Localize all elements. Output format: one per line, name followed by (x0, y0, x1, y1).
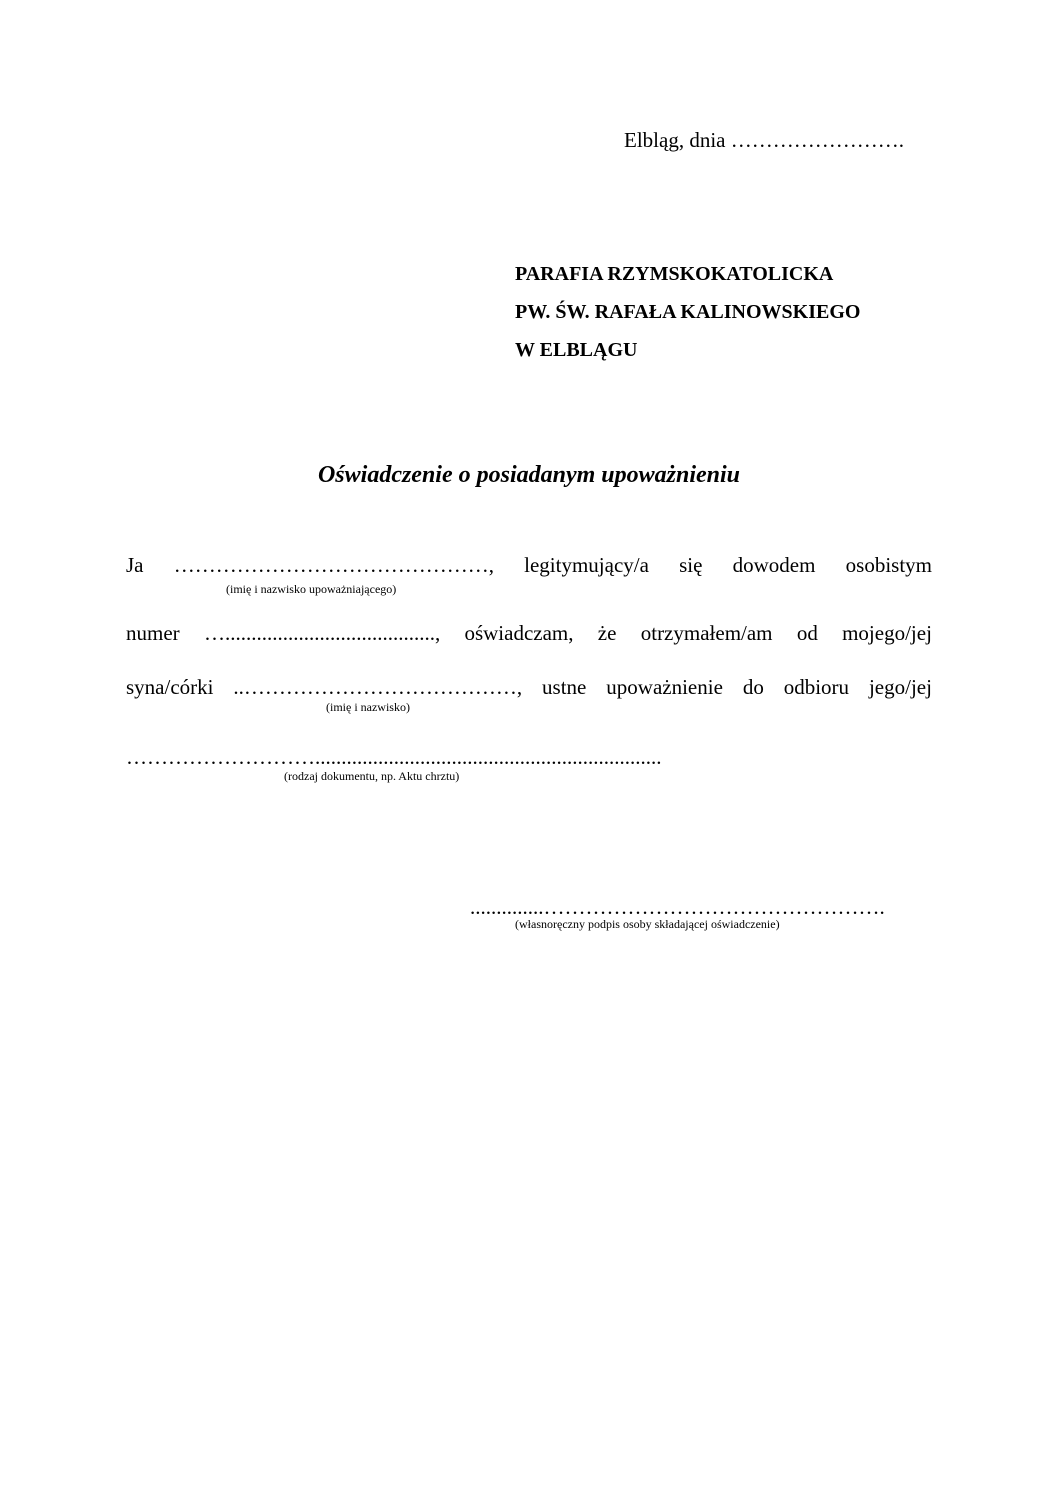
word: się (679, 553, 702, 578)
statement-line-3: syna/córki ..…………………………………, ustne upoważ… (126, 675, 932, 700)
name-blank-field: ………………………………………, (174, 553, 494, 578)
place-date-field: Elbląg, dnia ……………………. (624, 128, 904, 153)
child-name-blank-field: ..…………………………………, (233, 675, 522, 700)
id-number-blank-field: ….......................................… (204, 621, 440, 646)
caption-authorizer-name: (imię i nazwisko upoważniającego) (226, 582, 396, 597)
document-title: Oświadczenie o posiadanym upoważnieniu (0, 462, 1058, 489)
word: od (797, 621, 818, 646)
word: że (598, 621, 617, 646)
word: osobistym (846, 553, 932, 578)
word: odbioru (784, 675, 849, 700)
document-type-blank-field: ………………………...............................… (126, 745, 662, 770)
word: dowodem (733, 553, 816, 578)
word: jego/jej (869, 675, 932, 700)
word: Ja (126, 553, 144, 578)
statement-line-1: Ja ………………………………………, legitymujący/a się d… (126, 553, 932, 578)
word: mojego/jej (842, 621, 932, 646)
word: legitymujący/a (524, 553, 649, 578)
word: syna/córki (126, 675, 213, 700)
word: oświadczam, (464, 621, 573, 646)
caption-signature: (własnoręczny podpis osoby składającej o… (515, 917, 780, 932)
addressee-block: PARAFIA RZYMSKOKATOLICKA PW. ŚW. RAFAŁA … (515, 255, 860, 369)
statement-line-2: numer ….................................… (126, 621, 932, 646)
addressee-line-1: PARAFIA RZYMSKOKATOLICKA (515, 255, 860, 293)
word: otrzymałem/am (641, 621, 773, 646)
word: numer (126, 621, 180, 646)
word: ustne (542, 675, 586, 700)
caption-document-type: (rodzaj dokumentu, np. Aktu chrztu) (284, 769, 459, 784)
word: do (743, 675, 764, 700)
word: upoważnienie (606, 675, 723, 700)
addressee-line-3: W ELBLĄGU (515, 331, 860, 369)
caption-child-name: (imię i nazwisko) (326, 700, 410, 715)
addressee-line-2: PW. ŚW. RAFAŁA KALINOWSKIEGO (515, 293, 860, 331)
